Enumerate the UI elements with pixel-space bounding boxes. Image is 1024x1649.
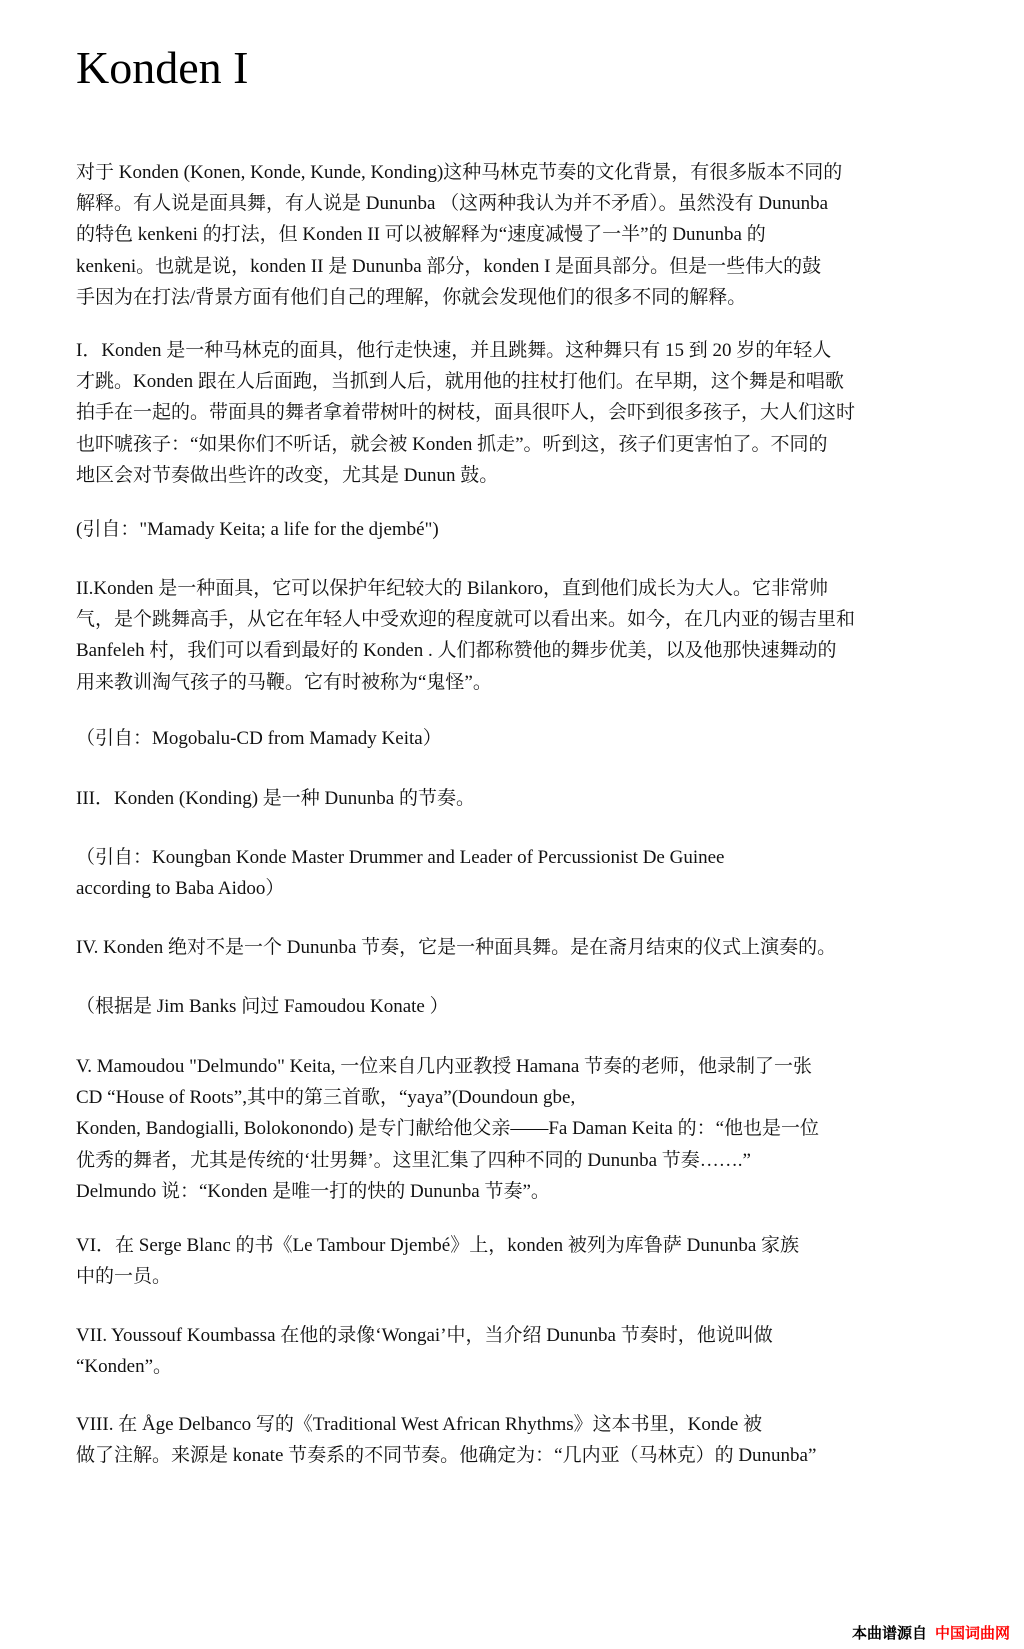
document-page: Konden I 对于 Konden (Konen, Konde, Kunde,… <box>0 0 1024 1649</box>
page-title: Konden I <box>76 40 248 96</box>
text-line: 优秀的舞者，尤其是传统的‘壮男舞’。这里汇集了四种不同的 Dununba 节奏…… <box>76 1145 956 1176</box>
text-line: V. Mamoudou "Delmundo" Keita, 一位来自几内亚教授 … <box>76 1051 956 1082</box>
section-4-paragraph: IV. Konden 绝对不是一个 Dununba 节奏，它是一种面具舞。是在斋… <box>76 932 956 963</box>
text-line: 手因为在打法/背景方面有他们自己的理解，你就会发现他们的很多不同的解释。 <box>76 282 956 313</box>
text-line: kenkeni。也就是说，konden II 是 Dununba 部分，kond… <box>76 251 956 282</box>
citation-4: （根据是 Jim Banks 问过 Famoudou Konate ） <box>76 991 956 1022</box>
citation-3: （引自：Koungban Konde Master Drummer and Le… <box>76 842 956 904</box>
text-line: Banfeleh 村，我们可以看到最好的 Konden . 人们都称赞他的舞步优… <box>76 635 956 666</box>
text-line: “Konden”。 <box>76 1351 956 1382</box>
text-line: IV. Konden 绝对不是一个 Dununba 节奏，它是一种面具舞。是在斋… <box>76 932 956 963</box>
citation-text: （根据是 Jim Banks 问过 Famoudou Konate ） <box>76 991 956 1022</box>
text-line: Delmundo 说：“Konden 是唯一打的快的 Dununba 节奏”。 <box>76 1176 956 1207</box>
text-line: CD “House of Roots”,其中的第三首歌，“yaya”(Dound… <box>76 1082 956 1113</box>
text-line: 做了注解。来源是 konate 节奏系的不同节奏。他确定为：“几内亚（马林克）的… <box>76 1440 956 1471</box>
citation-text: (引自："Mamady Keita; a life for the djembé… <box>76 514 956 545</box>
text-line: VI．在 Serge Blanc 的书《Le Tambour Djembé》上，… <box>76 1230 956 1261</box>
section-6-paragraph: VI．在 Serge Blanc 的书《Le Tambour Djembé》上，… <box>76 1230 956 1292</box>
text-line: VIII. 在 Åge Delbanco 写的《Traditional West… <box>76 1409 956 1440</box>
text-line: 地区会对节奏做出些许的改变，尤其是 Dunun 鼓。 <box>76 460 956 491</box>
text-line: 才跳。Konden 跟在人后面跑，当抓到人后，就用他的拄杖打他们。在早期，这个舞… <box>76 366 956 397</box>
citation-1: (引自："Mamady Keita; a life for the djembé… <box>76 514 956 545</box>
text-line: 的特色 kenkeni 的打法，但 Konden II 可以被解释为“速度减慢了… <box>76 219 956 250</box>
section-8-paragraph: VIII. 在 Åge Delbanco 写的《Traditional West… <box>76 1409 956 1471</box>
text-line: 解释。有人说是面具舞，有人说是 Dununba （这两种我认为并不矛盾）。虽然没… <box>76 188 956 219</box>
site-name-link[interactable]: 中国词曲网 <box>935 1624 1010 1642</box>
text-line: 气，是个跳舞高手，从它在年轻人中受欢迎的程度就可以看出来。如今，在几内亚的锡吉里… <box>76 604 956 635</box>
source-label: 本曲谱源自 <box>852 1624 927 1642</box>
text-line: 也吓唬孩子：“如果你们不听话，就会被 Konden 抓走”。听到这，孩子们更害怕… <box>76 429 956 460</box>
intro-paragraph: 对于 Konden (Konen, Konde, Kunde, Konding)… <box>76 157 956 313</box>
text-line: II.Konden 是一种面具，它可以保护年纪较大的 Bilankoro，直到他… <box>76 573 956 604</box>
text-line: III．Konden (Konding) 是一种 Dununba 的节奏。 <box>76 783 956 814</box>
section-2-paragraph: II.Konden 是一种面具，它可以保护年纪较大的 Bilankoro，直到他… <box>76 573 956 698</box>
text-line: VII. Youssouf Koumbassa 在他的录像‘Wongai’中，当… <box>76 1320 956 1351</box>
section-5-paragraph: V. Mamoudou "Delmundo" Keita, 一位来自几内亚教授 … <box>76 1051 956 1207</box>
section-7-paragraph: VII. Youssouf Koumbassa 在他的录像‘Wongai’中，当… <box>76 1320 956 1382</box>
citation-2: （引自：Mogobalu-CD from Mamady Keita） <box>76 723 956 754</box>
source-watermark: 本曲谱源自中国词曲网 <box>852 1623 1010 1643</box>
citation-text: according to Baba Aidoo） <box>76 873 956 904</box>
section-1-paragraph: I．Konden 是一种马林克的面具，他行走快速，并且跳舞。这种舞只有 15 到… <box>76 335 956 491</box>
text-line: 拍手在一起的。带面具的舞者拿着带树叶的树枝，面具很吓人，会吓到很多孩子，大人们这… <box>76 397 956 428</box>
text-line: 中的一员。 <box>76 1261 956 1292</box>
text-line: I．Konden 是一种马林克的面具，他行走快速，并且跳舞。这种舞只有 15 到… <box>76 335 956 366</box>
section-3-paragraph: III．Konden (Konding) 是一种 Dununba 的节奏。 <box>76 783 956 814</box>
citation-text: （引自：Mogobalu-CD from Mamady Keita） <box>76 723 956 754</box>
text-line: 对于 Konden (Konen, Konde, Kunde, Konding)… <box>76 157 956 188</box>
text-line: 用来教训淘气孩子的马鞭。它有时被称为“鬼怪”。 <box>76 667 956 698</box>
citation-text: （引自：Koungban Konde Master Drummer and Le… <box>76 842 956 873</box>
text-line: Konden, Bandogialli, Bolokonondo) 是专门献给他… <box>76 1113 956 1144</box>
